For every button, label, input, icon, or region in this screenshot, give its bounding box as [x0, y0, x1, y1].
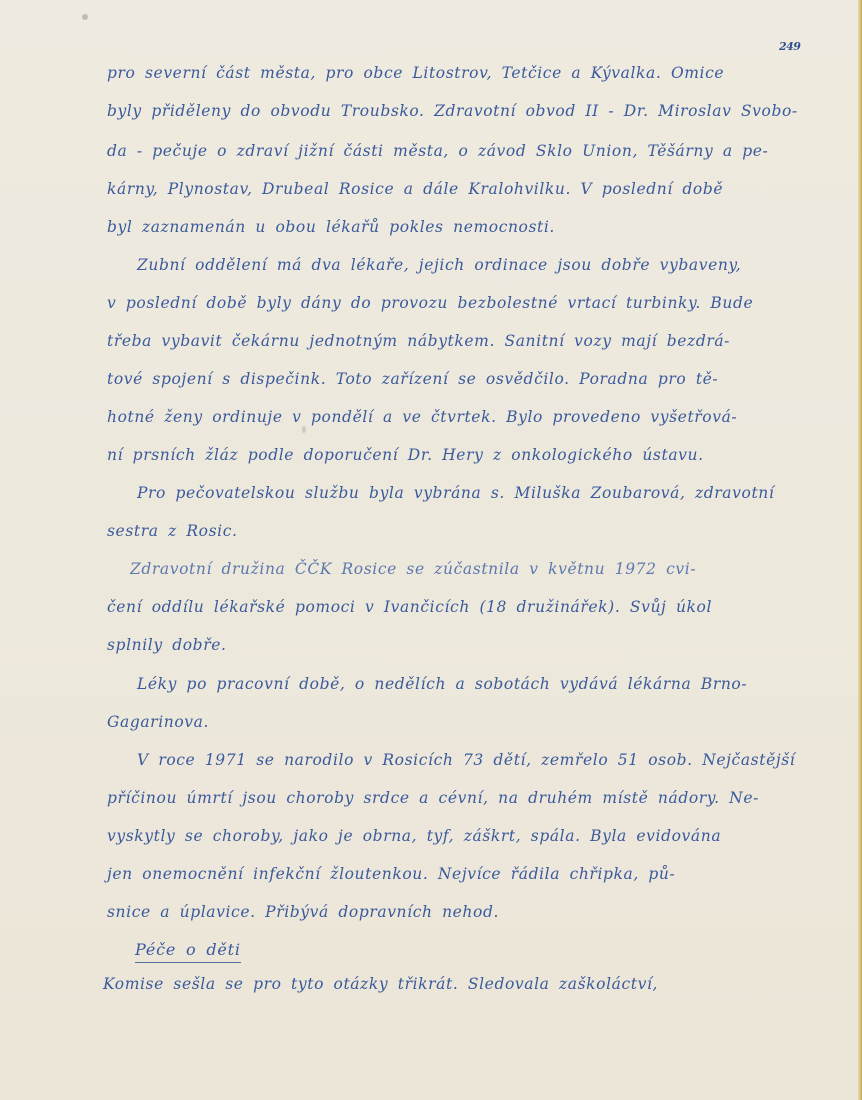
text-line: ní prsních žláz podle doporučení Dr. Her…	[107, 446, 704, 464]
text-line: V roce 1971 se narodilo v Rosicích 73 dě…	[137, 751, 795, 769]
text-line: vyskytly se choroby, jako je obrna, tyf,…	[107, 827, 721, 845]
text-line: hotné ženy ordinuje v pondělí a ve čtvrt…	[107, 408, 737, 426]
text-line: v poslední době byly dány do provozu bez…	[107, 294, 753, 312]
text-line: Gagarinova.	[107, 713, 209, 731]
text-line: Komise sešla se pro tyto otázky třikrát.…	[103, 975, 658, 993]
text-line: příčinou úmrtí jsou choroby srdce a cévn…	[107, 789, 759, 807]
text-line: sestra z Rosic.	[107, 522, 238, 540]
text-line: Léky po pracovní době, o nedělích a sobo…	[137, 675, 747, 693]
text-line: byl zaznamenán u obou lékařů pokles nemo…	[107, 218, 555, 236]
paper-spot	[82, 14, 88, 20]
text-line: tové spojení s dispečink. Toto zařízení …	[107, 370, 718, 388]
text-line: da - pečuje o zdraví jižní části města, …	[107, 142, 768, 160]
text-line: Zubní oddělení má dva lékaře, jejich ord…	[137, 256, 741, 274]
text-line: splnily dobře.	[107, 636, 227, 654]
text-line: Zdravotní družina ČČK Rosice se zúčastni…	[130, 560, 696, 578]
page-edge	[858, 0, 862, 1100]
text-line: třeba vybavit čekárnu jednotným nábytkem…	[107, 332, 730, 350]
document-page: 249 pro severní část města, pro obce Lit…	[0, 0, 858, 1100]
text-line: pro severní část města, pro obce Litostr…	[107, 64, 724, 82]
text-line: čení oddílu lékařské pomoci v Ivančicích…	[107, 598, 712, 616]
page-number: 249	[779, 40, 800, 53]
text-line: kárny, Plynostav, Drubeal Rosice a dále …	[107, 180, 723, 198]
text-line: snice a úplavice. Přibývá dopravních neh…	[107, 903, 499, 921]
paper-spot	[302, 426, 306, 433]
text-line: Pro pečovatelskou službu byla vybrána s.…	[137, 484, 774, 502]
text-line: jen onemocnění infekční žloutenkou. Nejv…	[107, 865, 675, 883]
section-heading: Péče o děti	[135, 940, 241, 963]
text-line: byly přiděleny do obvodu Troubsko. Zdrav…	[107, 102, 798, 120]
